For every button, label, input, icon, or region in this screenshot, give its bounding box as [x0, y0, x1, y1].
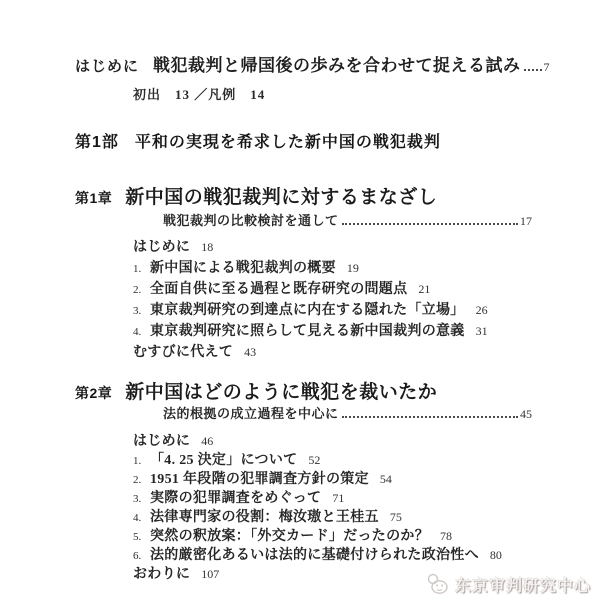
- item-number: 1.: [133, 455, 150, 467]
- item-number: 4.: [133, 326, 150, 338]
- toc-item: 1. 新中国による戦犯裁判の概要 19: [133, 257, 532, 278]
- toc-item: 3. 実際の犯罪調査をめぐって 71: [133, 487, 532, 506]
- toc-item: はじめに 46: [133, 430, 532, 449]
- toc-item: はじめに 18: [133, 236, 532, 257]
- item-title: おわりに: [133, 563, 190, 583]
- part-heading: 第1部平和の実現を希求した新中国の戦犯裁判: [75, 129, 441, 152]
- item-title: 法的厳密化あるいは法的に基礎付けられた政治性へ: [150, 544, 479, 564]
- item-title: はじめに: [133, 236, 190, 256]
- item-number: 4.: [133, 512, 150, 524]
- item-page-number: 80: [490, 548, 502, 563]
- item-title: 東京裁判研究の到達点に内在する隠れた「立場」: [150, 299, 465, 319]
- chapter1-title: 新中国の戦犯裁判に対するまなざし: [125, 182, 437, 209]
- chapter2-title: 新中国はどのように戦犯を裁いたか: [125, 377, 437, 404]
- item-title: 新中国による戦犯裁判の概要: [150, 257, 336, 277]
- chapter2-subtitle: 法的根拠の成立過程を中心に: [163, 403, 339, 422]
- item-title: 実際の犯罪調査をめぐって: [150, 487, 321, 507]
- item-page-number: 54: [380, 472, 392, 487]
- part-title: 平和の実現を希求した新中国の戦犯裁判: [135, 134, 441, 151]
- toc-item: 4. 東京裁判研究に照らして見える新中国裁判の意義 31: [133, 320, 532, 341]
- chapter2-label: 第2章: [75, 383, 112, 403]
- item-page-number: 43: [244, 345, 256, 360]
- chapter1-subtitle: 戦犯裁判の比較検討を通して: [163, 210, 339, 229]
- item-page-number: 71: [332, 491, 344, 506]
- chapter1-heading: 第1章 新中国の戦犯裁判に対するまなざし: [75, 182, 437, 209]
- watermark-text: 东京审判研究中心: [455, 573, 591, 596]
- frontmatter-entry: はじめに 戦犯裁判と帰国後の歩みを合わせて捉える試み 7: [75, 51, 532, 76]
- toc-item: 2. 1951 年段階の犯罪調査方針の策定 54: [133, 468, 532, 487]
- item-title: 「4. 25 決定」について: [150, 449, 297, 469]
- item-title: はじめに: [133, 430, 190, 450]
- chapter2-page-number: 45: [520, 407, 532, 422]
- dot-leader: [342, 223, 518, 225]
- toc-item: 6. 法的厳密化あるいは法的に基礎付けられた政治性へ 80: [133, 544, 532, 563]
- dot-leader: [342, 416, 518, 418]
- dot-leader: [524, 69, 542, 71]
- item-page-number: 78: [440, 529, 452, 544]
- item-number: 1.: [133, 263, 150, 275]
- frontmatter-title: 戦犯裁判と帰国後の歩みを合わせて捉える試み: [153, 51, 521, 76]
- chapter2-item-list: はじめに 46 1. 「4. 25 決定」について 52 2. 1951 年段階…: [133, 430, 532, 582]
- item-number: 6.: [133, 550, 150, 562]
- chapter1-subtitle-line: 戦犯裁判の比較検討を通して 17: [163, 210, 532, 229]
- item-title: 全面自供に至る過程と既存研究の問題点: [150, 278, 407, 298]
- frontmatter-subline: 初出 13 ／凡例 14: [133, 84, 265, 103]
- chapter1-label: 第1章: [75, 188, 112, 208]
- item-page-number: 52: [308, 453, 320, 468]
- research-center-logo-icon: [424, 571, 450, 597]
- part-label: 第1部: [75, 134, 119, 151]
- item-title: 突然の釈放案：「外交カード」だったのか？: [150, 525, 429, 545]
- item-number: 5.: [133, 531, 150, 543]
- toc-item: 1. 「4. 25 決定」について 52: [133, 449, 532, 468]
- item-page-number: 107: [201, 567, 219, 582]
- item-page-number: 19: [347, 261, 359, 276]
- item-title: 東京裁判研究に照らして見える新中国裁判の意義: [150, 320, 465, 340]
- toc-item: 2. 全面自供に至る過程と既存研究の問題点 21: [133, 278, 532, 299]
- book-toc-page: はじめに 戦犯裁判と帰国後の歩みを合わせて捉える試み 7 初出 13 ／凡例 1…: [0, 0, 600, 609]
- item-page-number: 31: [476, 324, 488, 339]
- item-page-number: 75: [390, 510, 402, 525]
- chapter2-subtitle-line: 法的根拠の成立過程を中心に 45: [163, 403, 532, 422]
- item-page-number: 46: [201, 434, 213, 449]
- chapter2-heading: 第2章 新中国はどのように戦犯を裁いたか: [75, 377, 437, 404]
- toc-item: 5. 突然の釈放案：「外交カード」だったのか？ 78: [133, 525, 532, 544]
- frontmatter-page-number: 7: [544, 60, 550, 75]
- item-number: 2.: [133, 284, 150, 296]
- item-title: 法律専門家の役割：梅汝璈と王桂五: [150, 506, 379, 526]
- item-page-number: 26: [476, 303, 488, 318]
- frontmatter-label: はじめに: [75, 55, 139, 76]
- watermark: 东京审判研究中心: [424, 571, 591, 597]
- item-number: 2.: [133, 474, 150, 486]
- chapter1-page-number: 17: [520, 214, 532, 229]
- chapter1-item-list: はじめに 18 1. 新中国による戦犯裁判の概要 19 2. 全面自供に至る過程…: [133, 236, 532, 362]
- item-page-number: 21: [418, 282, 430, 297]
- item-title: むすびに代えて: [133, 341, 233, 361]
- toc-item: むすびに代えて 43: [133, 341, 532, 362]
- toc-item: 3. 東京裁判研究の到達点に内在する隠れた「立場」 26: [133, 299, 532, 320]
- item-number: 3.: [133, 305, 150, 317]
- item-page-number: 18: [201, 240, 213, 255]
- item-number: 3.: [133, 493, 150, 505]
- item-title: 1951 年段階の犯罪調査方針の策定: [150, 468, 369, 488]
- toc-item: 4. 法律専門家の役割：梅汝璈と王桂五 75: [133, 506, 532, 525]
